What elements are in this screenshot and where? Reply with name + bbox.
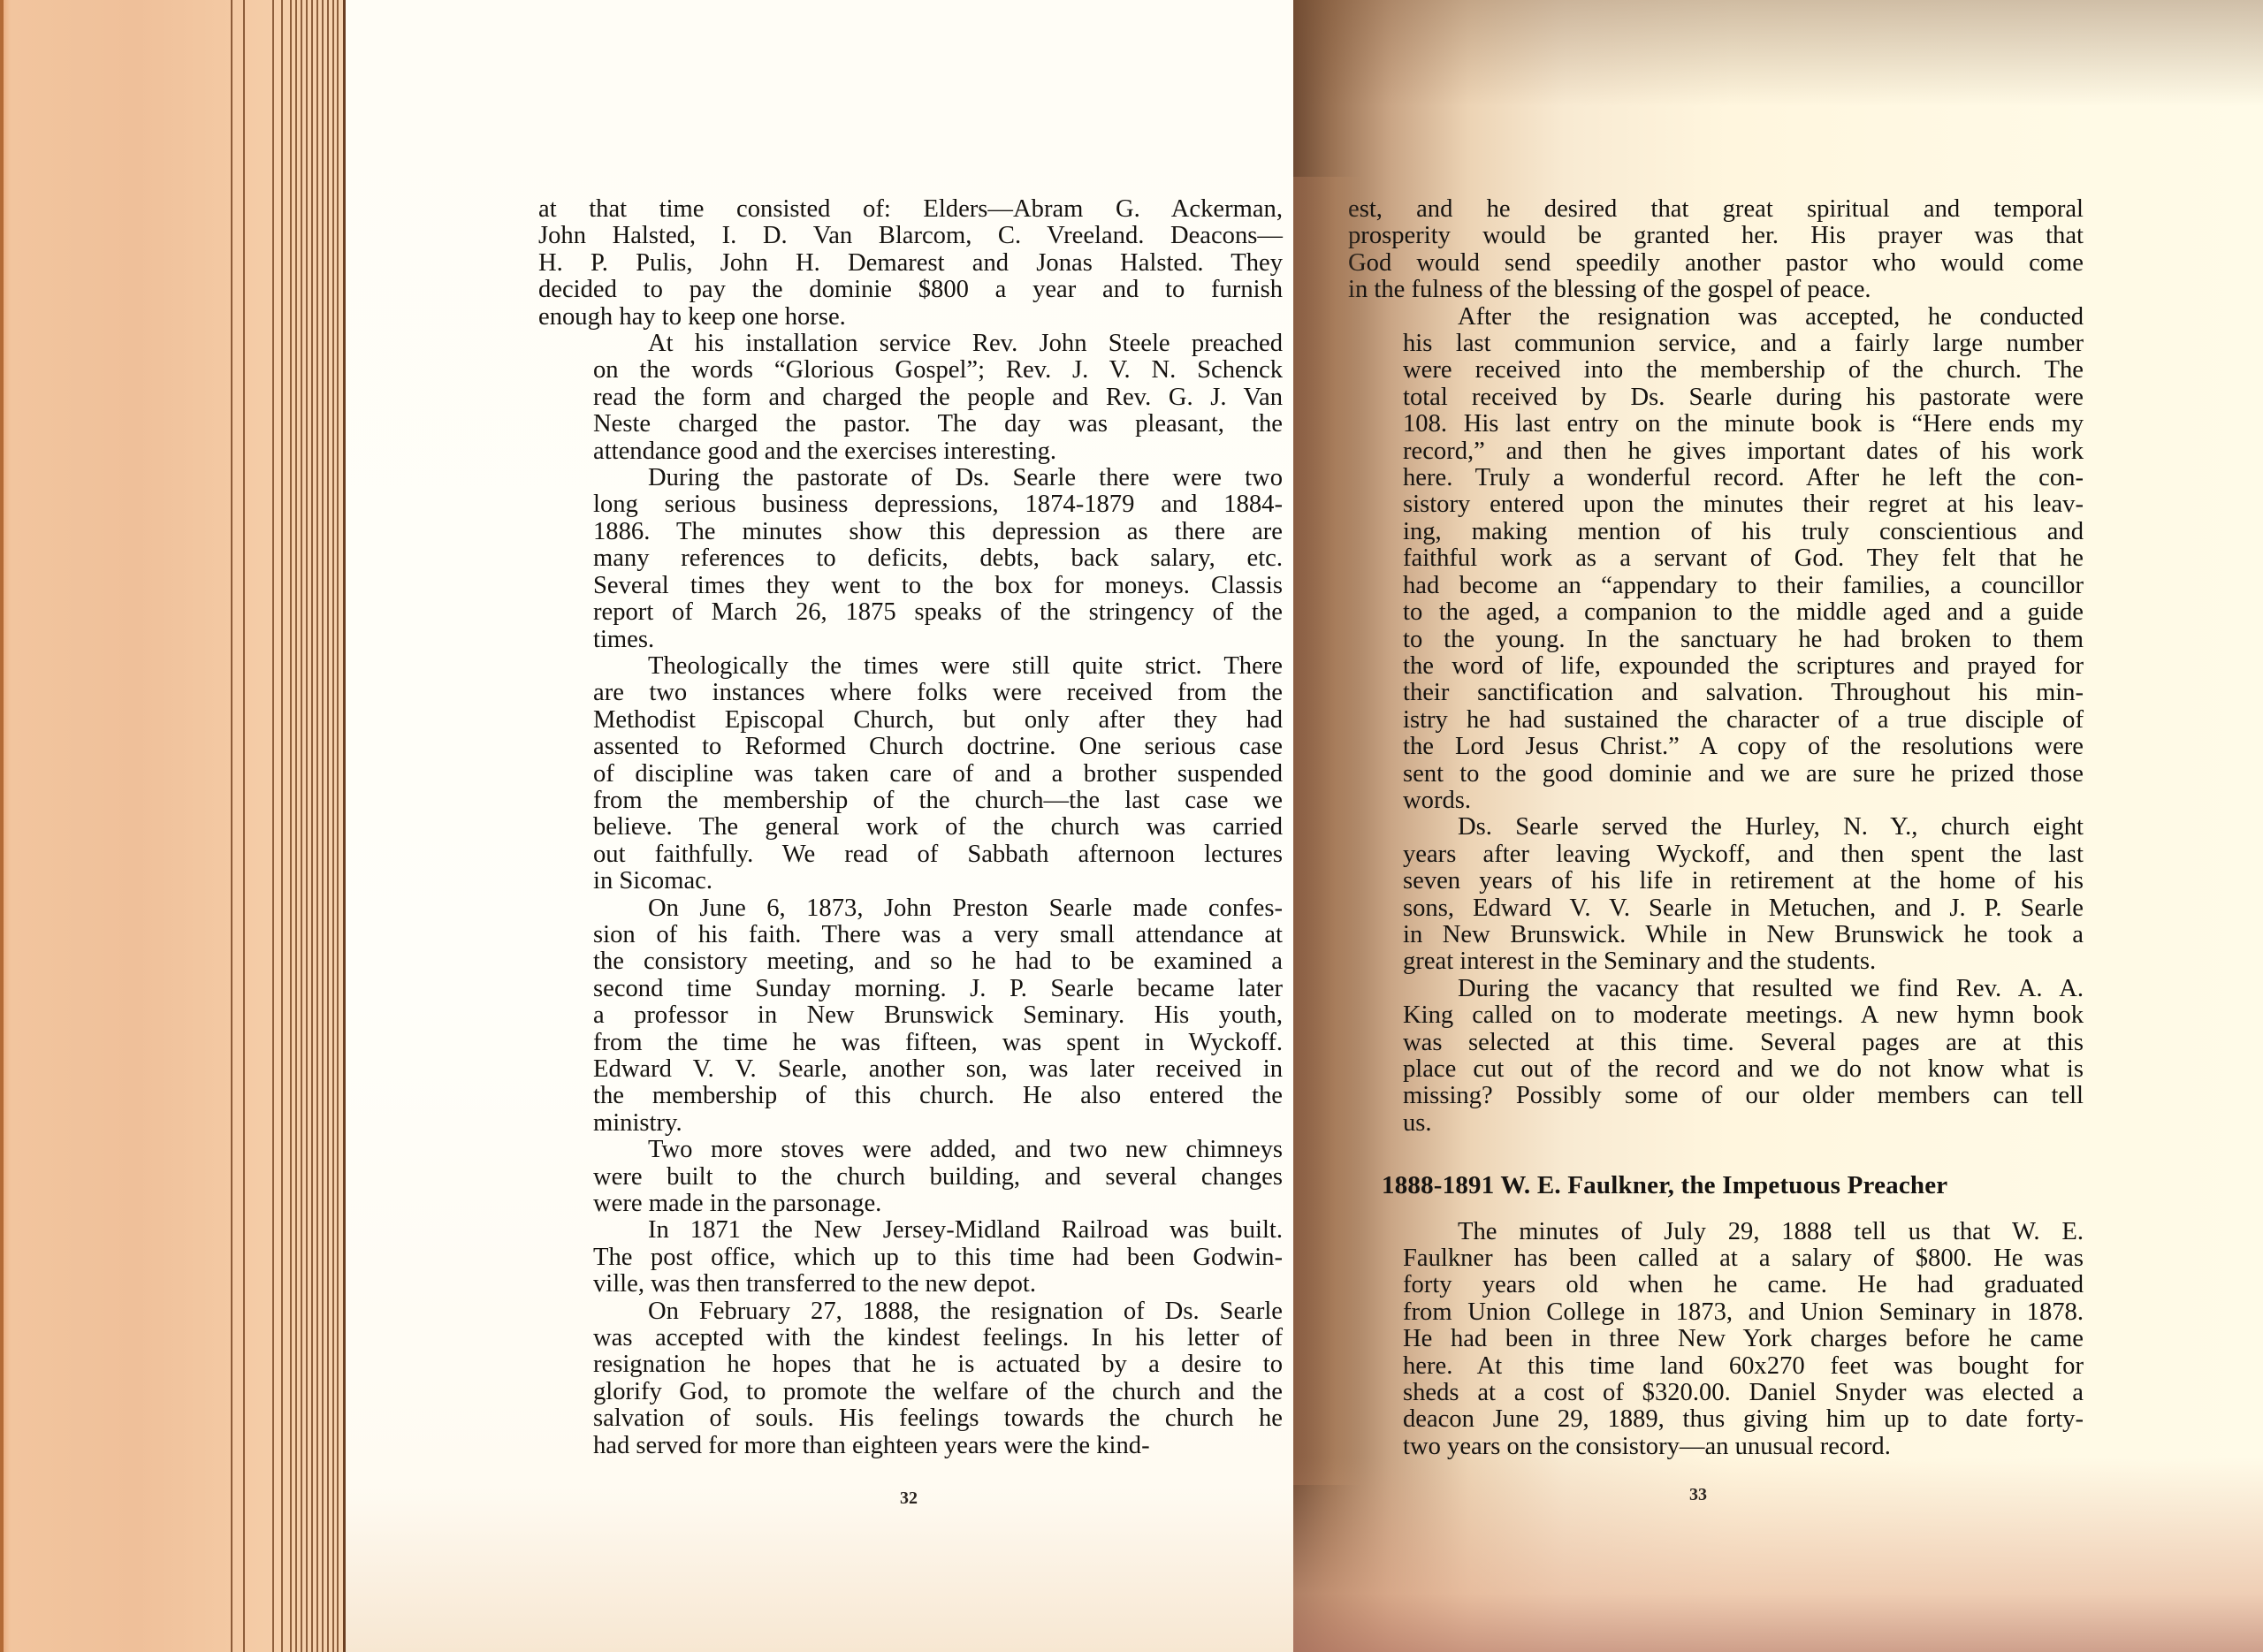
text-line: During the pastorate of Ds. Searle there… <box>538 465 1283 491</box>
text-line: read the form and charged the people and… <box>538 384 1283 411</box>
text-line: record,” and then he gives important dat… <box>1348 438 2084 465</box>
text-line: glorify God, to promote the welfare of t… <box>538 1379 1283 1405</box>
right-page-paragraphs-before: est, and he desired that great spiritual… <box>1348 196 2084 1137</box>
text-line: Neste charged the pastor. The day was pl… <box>538 411 1283 438</box>
text-line: After the resignation was accepted, he c… <box>1348 304 2084 331</box>
text-line: forty years old when he came. He had gra… <box>1348 1272 2084 1298</box>
page-leaf-line <box>290 0 292 1652</box>
paragraph: After the resignation was accepted, he c… <box>1348 304 2084 815</box>
text-line: the consistory meeting, and so he had to… <box>538 948 1283 975</box>
text-line: ville, was then transferred to the new d… <box>538 1271 1283 1298</box>
text-line: John Halsted, I. D. Van Blarcom, C. Vree… <box>538 223 1283 249</box>
text-line: 108. His last entry on the minute book i… <box>1348 411 2084 438</box>
text-line: God would send speedily another pastor w… <box>1348 250 2084 277</box>
text-line: us. <box>1348 1110 2084 1137</box>
text-line: resignation he hopes that he is actuated… <box>538 1351 1283 1378</box>
text-line: were made in the parsonage. <box>538 1191 1283 1217</box>
page-leaf-line <box>322 0 324 1652</box>
book-spread: at that time consisted of: Elders—Abram … <box>0 0 2263 1652</box>
text-line: faithful work as a servant of God. They … <box>1348 545 2084 572</box>
page-leaf-line <box>311 0 313 1652</box>
right-page-body: est, and he desired that great spiritual… <box>1348 196 2084 1460</box>
paragraph: Theologically the times were still quite… <box>538 653 1283 895</box>
text-line: Faulkner has been called at a salary of … <box>1348 1245 2084 1272</box>
text-line: prosperity would be granted her. His pra… <box>1348 223 2084 249</box>
text-line: sons, Edward V. V. Searle in Metuchen, a… <box>1348 895 2084 922</box>
text-line: est, and he desired that great spiritual… <box>1348 196 2084 223</box>
page-leaf-line <box>306 0 308 1652</box>
text-line: second time Sunday morning. J. P. Searle… <box>538 976 1283 1002</box>
text-line: of discipline was taken care of and a br… <box>538 761 1283 788</box>
text-line: assented to Reformed Church doctrine. On… <box>538 734 1283 760</box>
page-leaf-line <box>243 0 245 1652</box>
text-line: Methodist Episcopal Church, but only aft… <box>538 707 1283 734</box>
text-line: The post office, which up to this time h… <box>538 1245 1283 1271</box>
text-line: salvation of souls. His feelings towards… <box>538 1405 1283 1432</box>
page-leaf-line <box>327 0 329 1652</box>
text-line: In 1871 the New Jersey-Midland Railroad … <box>538 1217 1283 1244</box>
paragraph: At his installation service Rev. John St… <box>538 331 1283 465</box>
text-line: was accepted with the kindest feelings. … <box>538 1325 1283 1351</box>
text-line: here. At this time land 60x270 feet was … <box>1348 1353 2084 1380</box>
page-leaf-line <box>301 0 302 1652</box>
page-leaf-line <box>332 0 334 1652</box>
text-line: decided to pay the dominie $800 a year a… <box>538 277 1283 303</box>
book-cover-rim <box>0 0 4 1652</box>
page-leaf-line <box>295 0 297 1652</box>
text-line: King called on to moderate meetings. A n… <box>1348 1002 2084 1029</box>
text-line: from Union College in 1873, and Union Se… <box>1348 1299 2084 1326</box>
text-line: report of March 26, 1875 speaks of the s… <box>538 599 1283 626</box>
text-line: the Lord Jesus Christ.” A copy of the re… <box>1348 734 2084 760</box>
text-line: place cut out of the record and we do no… <box>1348 1056 2084 1083</box>
page-edge-stack <box>0 0 343 1652</box>
text-line: the word of life, expounded the scriptur… <box>1348 653 2084 680</box>
text-line: in New Brunswick. While in New Brunswick… <box>1348 922 2084 948</box>
paragraph: at that time consisted of: Elders—Abram … <box>538 196 1283 331</box>
text-line: had become an “appendary to their famili… <box>1348 573 2084 599</box>
paragraph: est, and he desired that great spiritual… <box>1348 196 2084 304</box>
text-line: many references to deficits, debts, back… <box>538 545 1283 572</box>
text-line: attendance good and the exercises intere… <box>538 438 1283 465</box>
page-leaf-line <box>272 0 274 1652</box>
text-line: The minutes of July 29, 1888 tell us tha… <box>1348 1219 2084 1245</box>
text-line: seven years of his life in retirement at… <box>1348 868 2084 895</box>
text-line: enough hay to keep one horse. <box>538 304 1283 331</box>
text-line: H. P. Pulis, John H. Demarest and Jonas … <box>538 250 1283 277</box>
paragraph: On February 27, 1888, the resignation of… <box>538 1298 1283 1459</box>
text-line: He had been in three New York charges be… <box>1348 1326 2084 1352</box>
paragraph: In 1871 the New Jersey-Midland Railroad … <box>538 1217 1283 1298</box>
text-line: words. <box>1348 788 2084 814</box>
text-line: their sanctification and salvation. Thro… <box>1348 680 2084 706</box>
text-line: are two instances where folks were recei… <box>538 680 1283 706</box>
text-line: two years on the consistory—an unusual r… <box>1348 1434 2084 1460</box>
text-line: from the membership of the church—the la… <box>538 788 1283 814</box>
text-line: total received by Ds. Searle during his … <box>1348 384 2084 411</box>
text-line: deacon June 29, 1889, thus giving him up… <box>1348 1406 2084 1433</box>
paragraph: During the vacancy that resulted we find… <box>1348 976 2084 1137</box>
text-line: long serious business depressions, 1874-… <box>538 491 1283 518</box>
text-line: was selected at this time. Several pages… <box>1348 1030 2084 1056</box>
text-line: times. <box>538 627 1283 653</box>
text-line: missing? Possibly some of our older memb… <box>1348 1083 2084 1109</box>
text-line: in Sicomac. <box>538 868 1283 895</box>
text-line: to the aged, a companion to the middle a… <box>1348 599 2084 626</box>
paragraph: Two more stoves were added, and two new … <box>538 1137 1283 1217</box>
left-page-body: at that time consisted of: Elders—Abram … <box>538 196 1283 1459</box>
text-line: At his installation service Rev. John St… <box>538 331 1283 357</box>
text-line: Theologically the times were still quite… <box>538 653 1283 680</box>
text-line: a professor in New Brunswick Seminary. H… <box>538 1002 1283 1029</box>
text-line: at that time consisted of: Elders—Abram … <box>538 196 1283 223</box>
text-line: great interest in the Seminary and the s… <box>1348 948 2084 975</box>
page-leaf-line <box>231 0 232 1652</box>
section-heading: 1888-1891 W. E. Faulkner, the Impetuous … <box>1382 1172 2084 1199</box>
text-line: were received into the membership of the… <box>1348 357 2084 384</box>
text-line: sion of his faith. There was a very smal… <box>538 922 1283 948</box>
text-line: believe. The general work of the church … <box>538 814 1283 841</box>
text-line: sent to the good dominie and we are sure… <box>1348 761 2084 788</box>
text-line: in the fulness of the blessing of the go… <box>1348 277 2084 303</box>
text-line: from the time he was fifteen, was spent … <box>538 1030 1283 1056</box>
paragraph: Ds. Searle served the Hurley, N. Y., chu… <box>1348 814 2084 975</box>
paragraph: On June 6, 1873, John Preston Searle mad… <box>538 895 1283 1138</box>
paragraph: The minutes of July 29, 1888 tell us tha… <box>1348 1219 2084 1461</box>
paragraph: During the pastorate of Ds. Searle there… <box>538 465 1283 653</box>
text-line: ing, making mention of his truly conscie… <box>1348 519 2084 545</box>
page-number-left: 32 <box>900 1488 918 1509</box>
text-line: On June 6, 1873, John Preston Searle mad… <box>538 895 1283 922</box>
text-line: Ds. Searle served the Hurley, N. Y., chu… <box>1348 814 2084 841</box>
text-line: sheds at a cost of $320.00. Daniel Snyde… <box>1348 1380 2084 1406</box>
text-line: his last communion service, and a fairly… <box>1348 331 2084 357</box>
text-line: were built to the church building, and s… <box>538 1164 1283 1191</box>
text-line: ministry. <box>538 1110 1283 1137</box>
text-line: on the words “Glorious Gospel”; Rev. J. … <box>538 357 1283 384</box>
text-line: Two more stoves were added, and two new … <box>538 1137 1283 1163</box>
page-leaf-line <box>281 0 283 1652</box>
text-line: here. Truly a wonderful record. After he… <box>1348 465 2084 491</box>
text-line: Edward V. V. Searle, another son, was la… <box>538 1056 1283 1083</box>
text-line: During the vacancy that resulted we find… <box>1348 976 2084 1002</box>
text-line: out faithfully. We read of Sabbath after… <box>538 841 1283 868</box>
text-line: to the young. In the sanctuary he had br… <box>1348 627 2084 653</box>
text-line: sistory entered upon the minutes their r… <box>1348 491 2084 518</box>
right-page-paragraphs-after: The minutes of July 29, 1888 tell us tha… <box>1348 1219 2084 1461</box>
text-line: years after leaving Wyckoff, and then sp… <box>1348 841 2084 868</box>
text-line: the membership of this church. He also e… <box>538 1083 1283 1109</box>
page-leaf-line <box>337 0 339 1652</box>
text-line: had served for more than eighteen years … <box>538 1433 1283 1459</box>
text-line: Several times they went to the box for m… <box>538 573 1283 599</box>
text-line: 1886. The minutes show this depression a… <box>538 519 1283 545</box>
page-leaf-line <box>316 0 318 1652</box>
text-line: On February 27, 1888, the resignation of… <box>538 1298 1283 1325</box>
text-line: istry he had sustained the character of … <box>1348 707 2084 734</box>
page-number-right: 33 <box>1689 1485 1707 1505</box>
